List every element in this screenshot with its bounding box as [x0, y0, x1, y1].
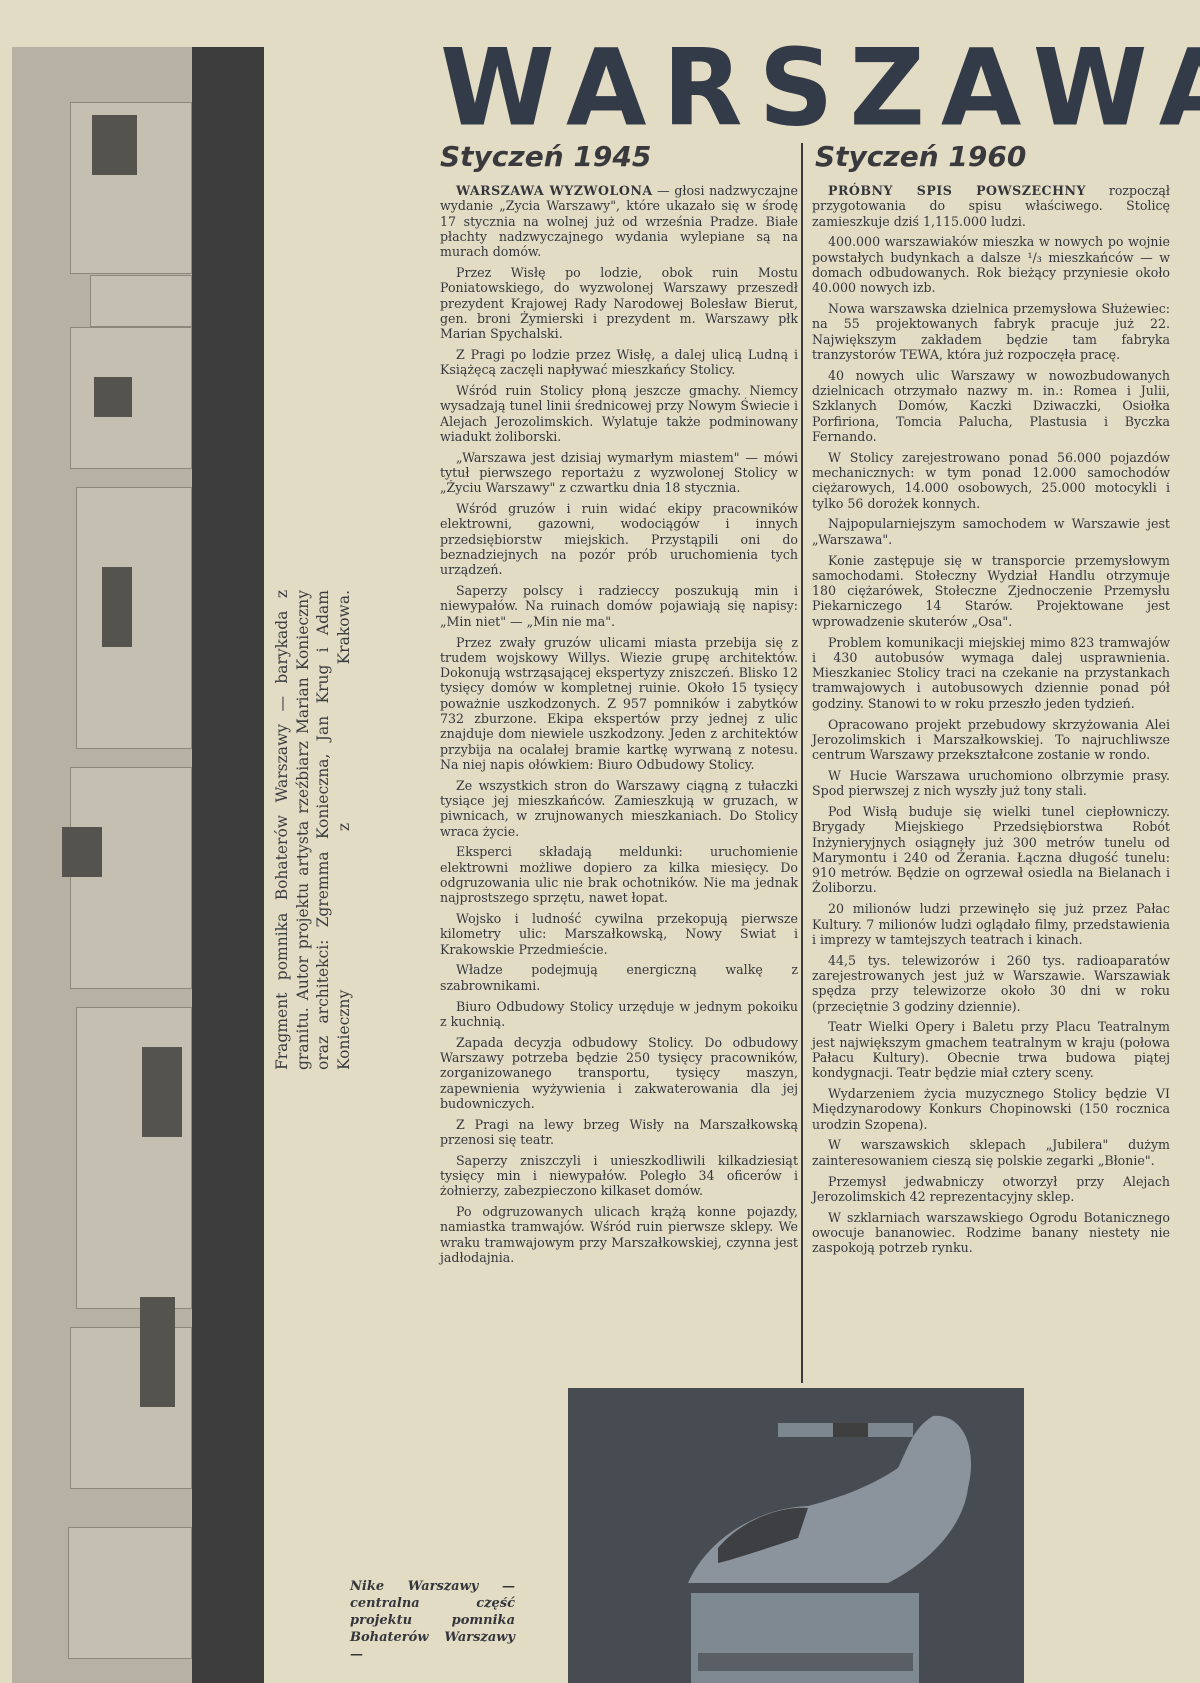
paragraph: Nowa warszawska dzielnica przemysłowa Sł… [812, 301, 1170, 362]
paragraph: W szklarniach warszawskiego Ogrodu Botan… [812, 1210, 1170, 1256]
paragraph: 20 milionów ludzi przewinęło się już prz… [812, 901, 1170, 947]
heading-1945: Styczeń 1945 [440, 140, 651, 173]
paragraph-text: W Hucie Warszawa uruchomiono olbrzymie p… [812, 768, 1170, 798]
paragraph-text: Opracowano projekt przebudowy skrzyżowan… [812, 717, 1170, 763]
paragraph: Saperzy polscy i radzieccy poszukują min… [440, 583, 798, 629]
lead-in: PRÓBNY SPIS POWSZECHNY [828, 183, 1086, 198]
paragraph-text: Wśród gruzów i ruin widać ekipy pracowni… [440, 501, 798, 577]
paragraph-text: Wśród ruin Stolicy płoną jeszcze gmachy.… [440, 383, 798, 444]
nike-caption: Nike Warszawy — centralna część projektu… [350, 1578, 515, 1663]
paragraph: Wśród gruzów i ruin widać ekipy pracowni… [440, 501, 798, 577]
paragraph-text: Saperzy zniszczyli i unieszkodliwili kil… [440, 1153, 798, 1199]
dark-band [192, 47, 264, 1683]
paragraph: Z Pragi po lodzie przez Wisłę, a dalej u… [440, 347, 798, 378]
paragraph: Z Pragi na lewy brzeg Wisły na Marszałko… [440, 1117, 798, 1148]
paragraph: Biuro Odbudowy Stolicy urzęduje w jednym… [440, 999, 798, 1030]
paragraph: Władze podejmują energiczną walkę z szab… [440, 962, 798, 993]
paragraph: Zapada decyzja odbudowy Stolicy. Do odbu… [440, 1035, 798, 1111]
paragraph-text: W szklarniach warszawskiego Ogrodu Botan… [812, 1210, 1170, 1256]
paragraph: Ze wszystkich stron do Warszawy ciągną z… [440, 778, 798, 839]
paragraph: Konie zastępuje się w transporcie przemy… [812, 553, 1170, 629]
paragraph: Przemysł jedwabniczy otworzył przy Aleja… [812, 1174, 1170, 1205]
paragraph: Po odgruzowanych ulicach krążą konne poj… [440, 1204, 798, 1265]
paragraph-text: Eksperci składają meldunki: uruchomienie… [440, 844, 798, 905]
paragraph-text: Przez Wisłę po lodzie, obok ruin Mostu P… [440, 265, 798, 341]
paragraph-text: „Warszawa jest dzisiaj wymarłym miastem"… [440, 450, 798, 496]
paragraph: 44,5 tys. telewizorów i 260 tys. radioap… [812, 953, 1170, 1014]
paragraph-text: Władze podejmują energiczną walkę z szab… [440, 962, 798, 992]
paragraph-text: Problem komunikacji miejskiej mimo 823 t… [812, 635, 1170, 711]
paragraph-text: W warszawskich sklepach „Jubilera" dużym… [812, 1137, 1170, 1167]
monument-photo [12, 47, 192, 1683]
paragraph: Przez Wisłę po lodzie, obok ruin Mostu P… [440, 265, 798, 341]
paragraph-text: Ze wszystkich stron do Warszawy ciągną z… [440, 778, 798, 839]
column-divider [801, 143, 803, 1383]
monument-caption-text: Fragment pomnika Bohaterów Warszawy — ba… [272, 590, 354, 1070]
page-title: WARSZAWA [440, 37, 1180, 139]
paragraph-text: 400.000 warszawiaków mieszka w nowych po… [812, 234, 1170, 295]
paragraph-text: W Stolicy zarejestrowano ponad 56.000 po… [812, 450, 1170, 511]
paragraph: Teatr Wielki Opery i Baletu przy Placu T… [812, 1019, 1170, 1080]
paragraph: W Stolicy zarejestrowano ponad 56.000 po… [812, 450, 1170, 511]
paragraph-text: 40 nowych ulic Warszawy w nowozbudowanyc… [812, 368, 1170, 444]
paragraph-text: Przemysł jedwabniczy otworzył przy Aleja… [812, 1174, 1170, 1204]
column-1960: PRÓBNY SPIS POWSZECHNY rozpoczął przygot… [812, 183, 1170, 1261]
paragraph-text: Saperzy polscy i radzieccy poszukują min… [440, 583, 798, 629]
paragraph: Przez zwały gruzów ulicami miasta przebi… [440, 635, 798, 773]
paragraph: Wydarzeniem życia muzycznego Stolicy będ… [812, 1086, 1170, 1132]
paragraph-text: Najpopularniejszym samochodem w Warszawi… [812, 516, 1170, 546]
paragraph: 40 nowych ulic Warszawy w nowozbudowanyc… [812, 368, 1170, 444]
paragraph: PRÓBNY SPIS POWSZECHNY rozpoczął przygot… [812, 183, 1170, 229]
paragraph: Pod Wisłą buduje się wielki tunel ciepło… [812, 804, 1170, 896]
paragraph-text: Nowa warszawska dzielnica przemysłowa Sł… [812, 301, 1170, 362]
lead-in: WARSZAWA WYZWOLONA [456, 183, 653, 198]
paragraph: Eksperci składają meldunki: uruchomienie… [440, 844, 798, 905]
paragraph-text: Wydarzeniem życia muzycznego Stolicy będ… [812, 1086, 1170, 1132]
paragraph: Opracowano projekt przebudowy skrzyżowan… [812, 717, 1170, 763]
paragraph: Problem komunikacji miejskiej mimo 823 t… [812, 635, 1170, 711]
paragraph: 400.000 warszawiaków mieszka w nowych po… [812, 234, 1170, 295]
paragraph-text: Z Pragi po lodzie przez Wisłę, a dalej u… [440, 347, 798, 377]
paragraph-text: Wojsko i ludność cywilna przekopują pier… [440, 911, 798, 957]
monument-caption: Fragment pomnika Bohaterów Warszawy — ba… [272, 590, 362, 1070]
nike-sculpture-photo [568, 1388, 1024, 1683]
paragraph-text: Z Pragi na lewy brzeg Wisły na Marszałko… [440, 1117, 798, 1147]
column-1945: WARSZAWA WYZWOLONA — głosi nadzwyczajne … [440, 183, 798, 1271]
paragraph: WARSZAWA WYZWOLONA — głosi nadzwyczajne … [440, 183, 798, 259]
paragraph-text: 20 milionów ludzi przewinęło się już prz… [812, 901, 1170, 947]
paragraph-text: Zapada decyzja odbudowy Stolicy. Do odbu… [440, 1035, 798, 1111]
paragraph-text: Przez zwały gruzów ulicami miasta przebi… [440, 635, 798, 772]
paragraph: Wojsko i ludność cywilna przekopują pier… [440, 911, 798, 957]
paragraph-text: Teatr Wielki Opery i Baletu przy Placu T… [812, 1019, 1170, 1080]
paragraph-text: Konie zastępuje się w transporcie przemy… [812, 553, 1170, 629]
paragraph: „Warszawa jest dzisiaj wymarłym miastem"… [440, 450, 798, 496]
sculpture-drawing [568, 1388, 1024, 1683]
paragraph: Saperzy zniszczyli i unieszkodliwili kil… [440, 1153, 798, 1199]
paragraph-text: Pod Wisłą buduje się wielki tunel ciepło… [812, 804, 1170, 895]
paragraph: Najpopularniejszym samochodem w Warszawi… [812, 516, 1170, 547]
heading-1960: Styczeń 1960 [815, 140, 1026, 173]
paragraph-text: 44,5 tys. telewizorów i 260 tys. radioap… [812, 953, 1170, 1014]
paragraph: Wśród ruin Stolicy płoną jeszcze gmachy.… [440, 383, 798, 444]
paragraph-text: Po odgruzowanych ulicach krążą konne poj… [440, 1204, 798, 1265]
paragraph-text: Biuro Odbudowy Stolicy urzęduje w jednym… [440, 999, 798, 1029]
paragraph: W warszawskich sklepach „Jubilera" dużym… [812, 1137, 1170, 1168]
paragraph: W Hucie Warszawa uruchomiono olbrzymie p… [812, 768, 1170, 799]
